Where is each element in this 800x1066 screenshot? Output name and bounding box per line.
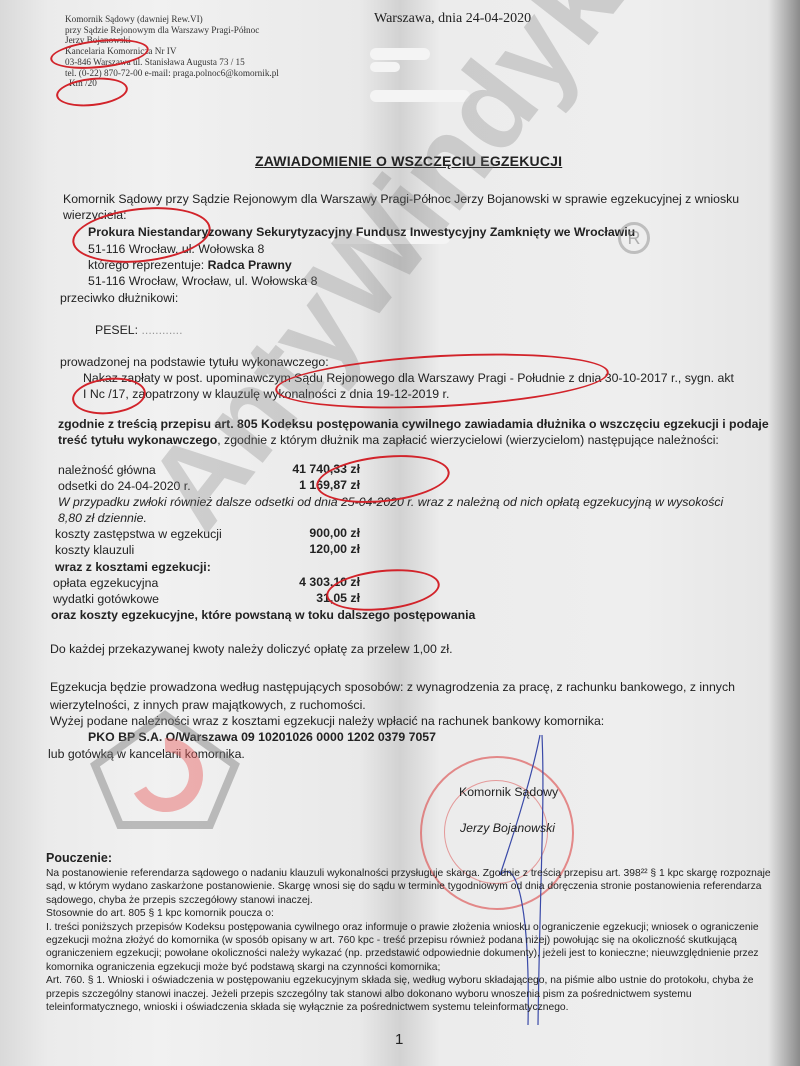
instruction-line: teleinformatycznego, wnioski i oświadcze… [46,1001,771,1014]
instruction-line: przepis szczególny stanowi inaczej. Jeże… [46,988,771,1001]
registered-mark-icon: ®R [618,222,650,254]
instruction-line: sąd, w którym wydano zaskarżone postanow… [46,880,771,893]
pesel-label: PESEL: [95,323,138,337]
signature-name: Jerzy Bojanowski [460,820,555,836]
enforcement-costs-footer: oraz koszty egzekucyjne, które powstaną … [51,607,475,623]
redaction [370,48,430,60]
instruction-line: Stosownie do art. 805 § 1 kpc komornik p… [46,907,771,920]
instruction-line: I. treści poniższych przepisów Kodeksu p… [46,921,771,934]
pesel-value: ............ [142,323,183,337]
instruction-heading: Pouczenie: [46,850,112,866]
page-number: 1 [395,1031,403,1048]
signature-role: Komornik Sądowy [459,784,558,800]
cost-value: 120,00 zł [240,542,360,556]
cost-value: 900,00 zł [240,526,360,540]
enforcement-costs-heading: wraz z kosztami egzekucji: [55,559,211,575]
cost-label: opłata egzekucyjna [53,575,158,591]
instruction-line: komornika ograniczenia egzekucji może by… [46,961,771,974]
redaction [370,62,400,72]
header-line: Komornik Sądowy (dawniej Rew.VI) [65,14,279,25]
instruction-line: Art. 760. § 1. Wnioski i oświadczenia w … [46,974,771,987]
instruction-line: ograniczeniem egzekucji; powołane okolic… [46,947,771,960]
cost-label: wydatki gotówkowe [53,591,159,607]
header-line: przy Sądzie Rejonowym dla Warszawy Pragi… [65,25,279,36]
delay-note: 8,80 zł dziennie. [58,510,147,526]
watermark-logo-icon [90,710,240,830]
methods-line: Egzekucja będzie prowadzona według nastę… [50,679,735,695]
instruction-line: Na postanowienie referendarza sądowego o… [46,867,771,880]
cost-label: koszty klauzuli [55,542,134,558]
transfer-fee-note: Do każdej przekazywanej kwoty należy dol… [50,641,453,657]
instruction-body: Na postanowienie referendarza sądowego o… [46,867,771,1014]
annotation-circle [70,374,147,418]
pesel-field: PESEL: ............ [95,322,183,338]
instruction-line: sądowego, chyba że przepis szczegółowy s… [46,894,771,907]
instruction-line: egzekucji można złożyć do komornika (w s… [46,934,771,947]
debtor-label: przeciwko dłużnikowi: [60,290,178,306]
